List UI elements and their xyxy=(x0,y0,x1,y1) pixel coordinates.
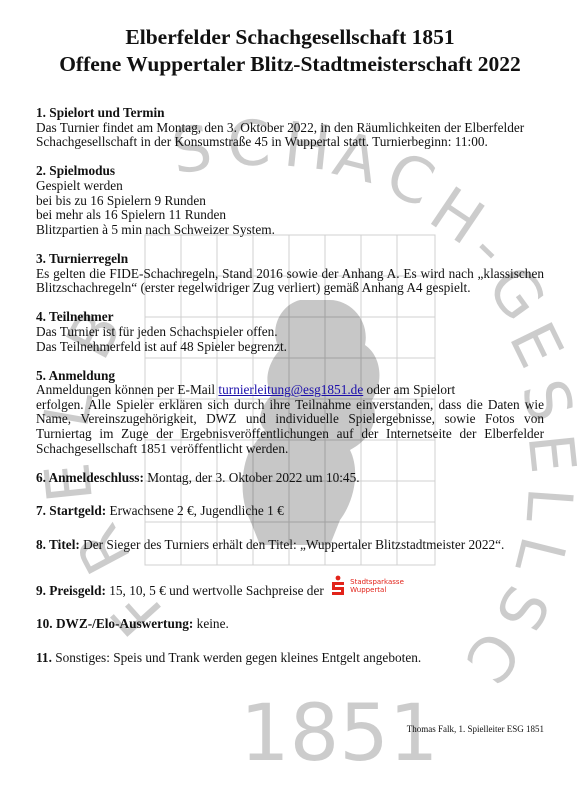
section-label: 11. xyxy=(36,650,52,665)
section-heading: 2. Spielmodus xyxy=(36,164,544,179)
email-link[interactable]: turnierleitung@esg1851.de xyxy=(218,382,363,397)
intro-text-after: oder am Spielort xyxy=(363,382,455,397)
section-mode: 2. Spielmodus Gespielt werden bei bis zu… xyxy=(36,164,544,237)
sponsor-name: Stadtsparkasse Wuppertal xyxy=(350,578,404,594)
section-heading: 3. Turnierregeln xyxy=(36,252,544,267)
section-text: bei mehr als 16 Spielern 11 Runden xyxy=(36,208,544,223)
section-text: Das Turnier ist für jeden Schachspieler … xyxy=(36,325,544,340)
section-value: keine. xyxy=(193,616,228,631)
title-line-1: Elberfelder Schachgesellschaft 1851 xyxy=(125,25,454,49)
section-text: Das Turnier findet am Montag, den 3. Okt… xyxy=(36,121,544,150)
signature: Thomas Falk, 1. Spielleiter ESG 1851 xyxy=(407,724,544,734)
section-text: bei bis zu 16 Spielern 9 Runden xyxy=(36,194,544,209)
section-participants: 4. Teilnehmer Das Turnier ist für jeden … xyxy=(36,310,544,354)
sparkasse-s-icon xyxy=(330,575,346,597)
sponsor-logo: Stadtsparkasse Wuppertal xyxy=(330,575,404,597)
section-rules: 3. Turnierregeln Es gelten die FIDE-Scha… xyxy=(36,252,544,296)
sections: 1. Spielort und Termin Das Turnier finde… xyxy=(36,106,544,665)
section-registration: 5. Anmeldung Anmeldungen können per E-Ma… xyxy=(36,369,544,457)
section-deadline: 6. Anmeldeschluss: Montag, der 3. Oktobe… xyxy=(36,471,544,486)
section-value: Der Sieger des Turniers erhält den Titel… xyxy=(80,537,505,552)
section-text: Gespielt werden xyxy=(36,179,544,194)
section-value: Montag, der 3. Oktober 2022 um 10:45. xyxy=(144,470,360,485)
section-label: 7. Startgeld: xyxy=(36,503,106,518)
section-misc: 11. Sonstiges: Speis und Trank werden ge… xyxy=(36,651,544,666)
sponsor-line-1: Stadtsparkasse xyxy=(350,578,404,586)
section-label: 9. Preisgeld: xyxy=(36,583,106,598)
section-entry-fee: 7. Startgeld: Erwachsene 2 €, Jugendlich… xyxy=(36,504,544,519)
section-text: Blitzpartien à 5 min nach Schweizer Syst… xyxy=(36,223,544,238)
registration-intro: Anmeldungen können per E-Mail turnierlei… xyxy=(36,383,544,398)
section-heading: 4. Teilnehmer xyxy=(36,310,544,325)
section-heading: 5. Anmeldung xyxy=(36,369,544,384)
intro-text: Anmeldungen können per E-Mail xyxy=(36,382,218,397)
section-rating: 10. DWZ-/Elo-Auswertung: keine. xyxy=(36,617,544,632)
document-title: Elberfelder Schachgesellschaft 1851 Offe… xyxy=(36,24,544,78)
section-label: 6. Anmeldeschluss: xyxy=(36,470,144,485)
section-label: 8. Titel: xyxy=(36,537,80,552)
document-page: Elberfelder Schachgesellschaft 1851 Offe… xyxy=(36,24,544,684)
section-value: Erwachsene 2 €, Jugendliche 1 € xyxy=(106,503,284,518)
section-title-award: 8. Titel: Der Sieger des Turniers erhält… xyxy=(36,538,544,553)
section-text: Das Teilnehmerfeld ist auf 48 Spieler be… xyxy=(36,340,544,355)
section-venue: 1. Spielort und Termin Das Turnier finde… xyxy=(36,106,544,150)
section-value: Sonstiges: Speis und Trank werden gegen … xyxy=(52,650,421,665)
title-line-2: Offene Wuppertaler Blitz-Stadtmeistersch… xyxy=(59,52,521,76)
svg-text:1851: 1851 xyxy=(240,689,439,779)
sponsor-line-2: Wuppertal xyxy=(350,586,386,594)
section-value: 15, 10, 5 € und wertvolle Sachpreise der xyxy=(106,583,324,598)
registration-body: erfolgen. Alle Spieler erklären sich dur… xyxy=(36,398,544,456)
section-heading: 1. Spielort und Termin xyxy=(36,106,544,121)
section-text: Es gelten die FIDE-Schachregeln, Stand 2… xyxy=(36,267,544,296)
section-prize-money: 9. Preisgeld: 15, 10, 5 € und wertvolle … xyxy=(36,575,544,599)
section-label: 10. DWZ-/Elo-Auswertung: xyxy=(36,616,193,631)
